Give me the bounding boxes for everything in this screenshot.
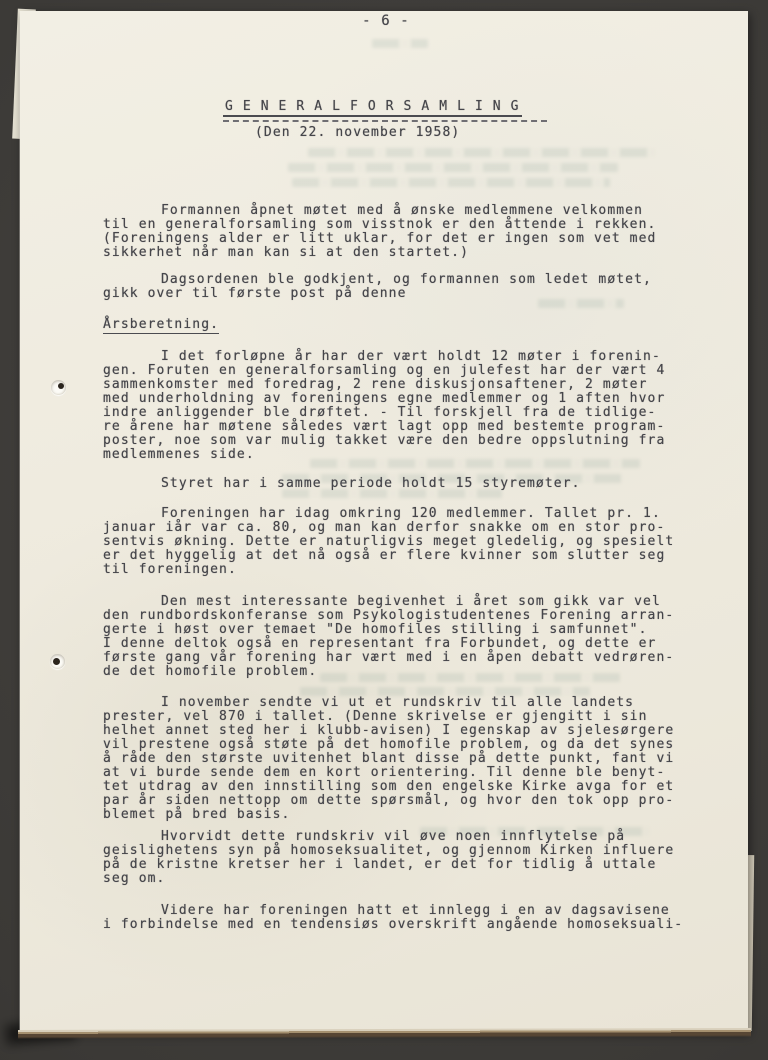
page-number: - 6 - — [338, 13, 434, 29]
paragraph: Foreningen har idag omkring 120 medlemme… — [103, 507, 709, 577]
paragraph: I november sendte vi ut et rundskriv til… — [103, 696, 709, 822]
paragraph: Hvorvidt dette rundskriv vil øve noen in… — [103, 830, 709, 886]
bleedthrough-smudge — [308, 148, 656, 157]
section-heading-row: Årsberetning. — [103, 318, 709, 350]
sheet-stack-edge — [18, 1028, 751, 1039]
document-page: - 6 - G E N E R A L F O R S A M L I N G … — [20, 11, 748, 1032]
paragraph: Styret har i samme periode holdt 15 styr… — [103, 477, 709, 491]
paragraph: I det forløpne år har der vært holdt 12 … — [103, 350, 709, 462]
paragraph: Den mest interessante begivenhet i året … — [103, 595, 709, 679]
paragraph: Dagsordenen ble godkjent, og formannen s… — [103, 273, 709, 301]
section-heading: Årsberetning. — [103, 318, 219, 334]
bleedthrough-smudge — [288, 163, 618, 172]
hole-punch — [51, 380, 66, 395]
document-body: Formannen åpnet møtet med å ønske medlem… — [103, 204, 709, 932]
paragraph: Videre har foreningen hatt et innlegg i … — [103, 904, 709, 932]
title-text: G E N E R A L F O R S A M L I N G — [223, 99, 522, 117]
paragraph: Formannen åpnet møtet med å ønske medlem… — [103, 204, 709, 260]
title-underline — [223, 120, 547, 122]
bleedthrough-smudge — [292, 178, 610, 187]
date-line: (Den 22. november 1958) — [255, 125, 460, 140]
bleedthrough-smudge — [372, 39, 428, 48]
hole-punch — [50, 654, 65, 669]
document-title: G E N E R A L F O R S A M L I N G — [223, 95, 547, 122]
photo-background: - 6 - G E N E R A L F O R S A M L I N G … — [0, 0, 768, 1060]
